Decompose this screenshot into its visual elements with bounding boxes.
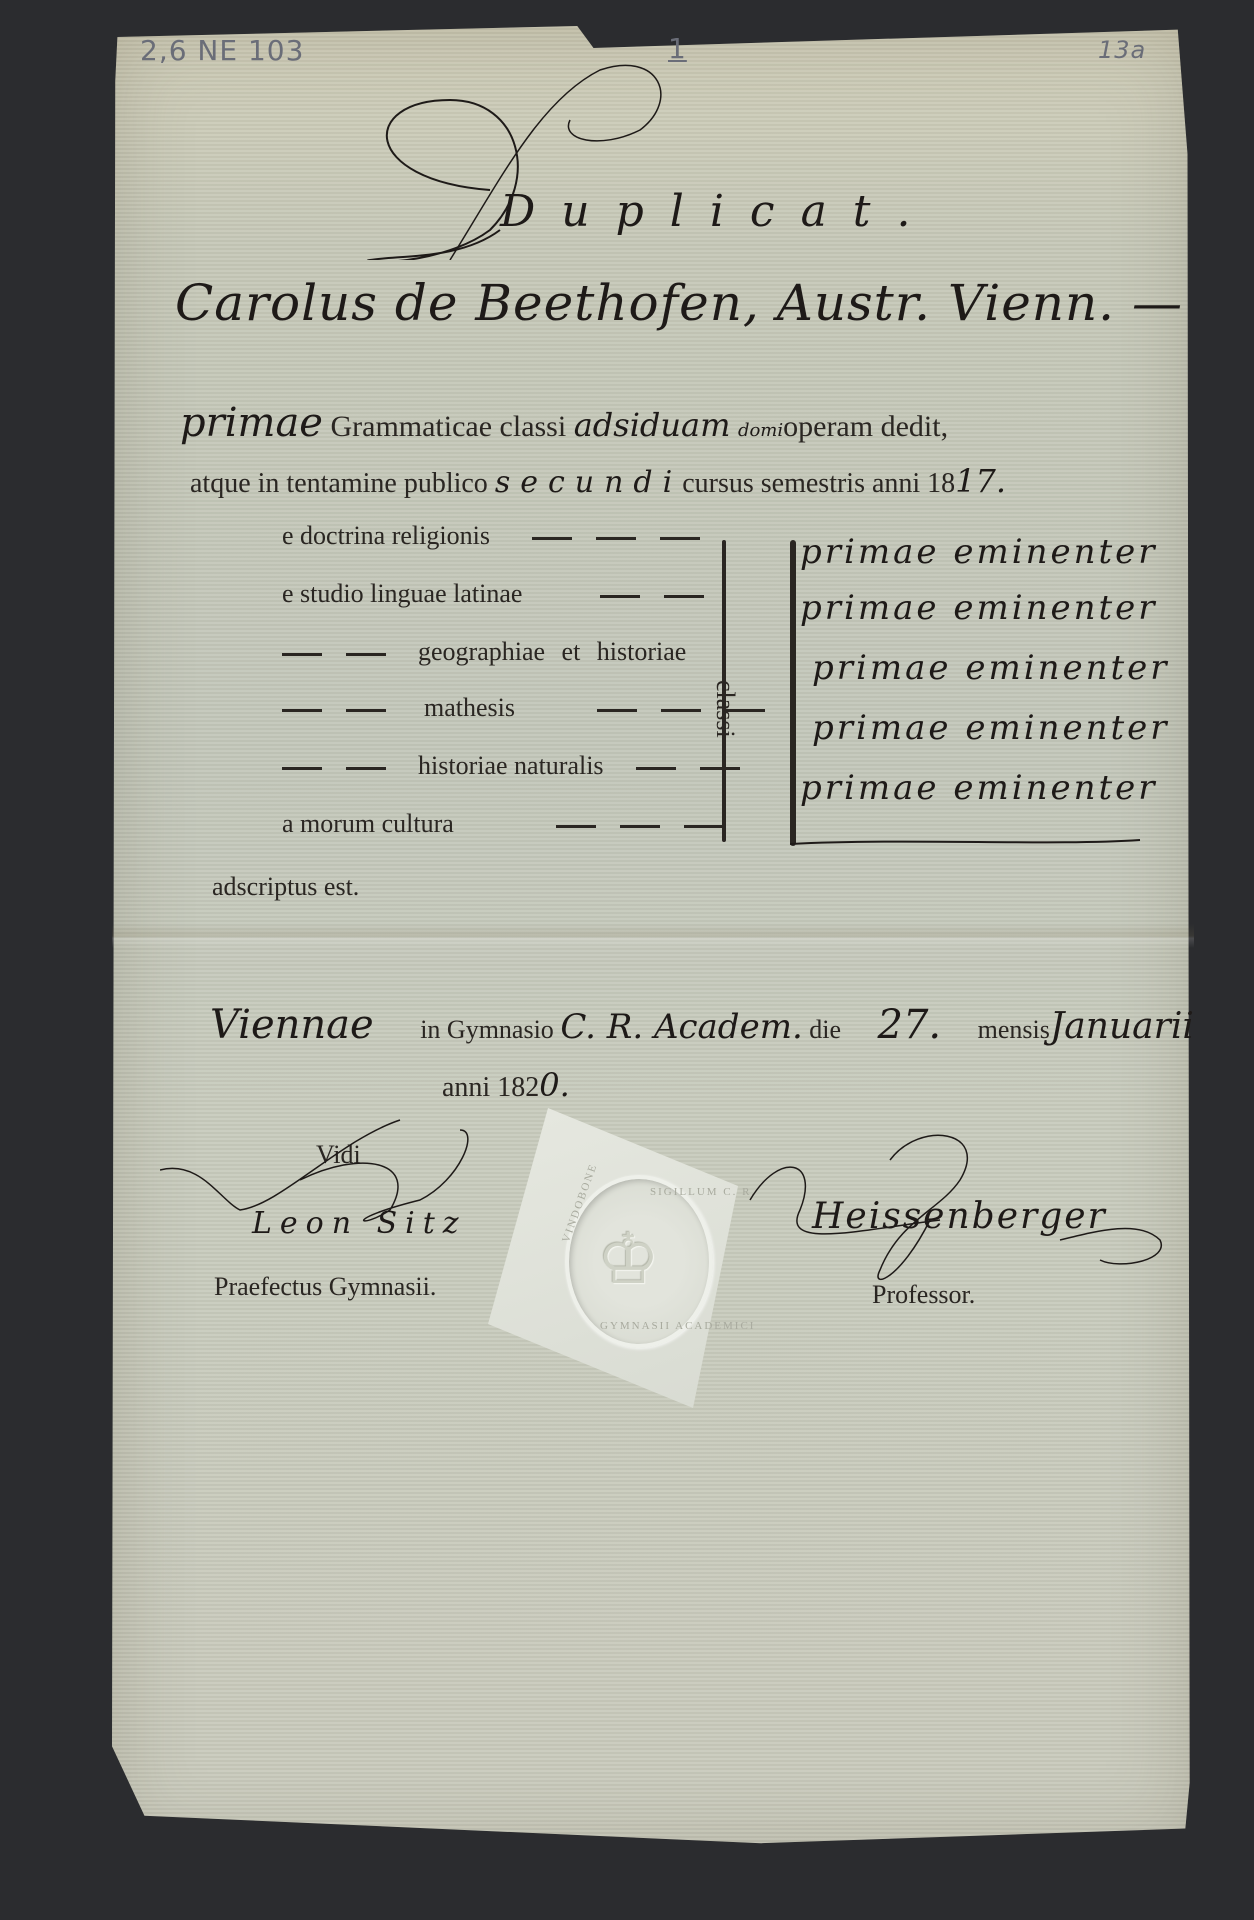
class-handwritten: primae [180,400,323,446]
year-handwritten: 17. [955,462,1006,500]
dash-leader [282,632,398,672]
mensis-printed: mensis [978,1015,1050,1044]
right-brace [790,540,796,846]
archive-folio-mark: 13a [1098,36,1146,64]
exam-printed-a: atque in tentamine publico [190,468,488,499]
heading-duplicat: Duplicat. [500,186,936,237]
subject-row-natural-history: historiae naturalis [282,746,752,786]
die-printed: die [809,1015,841,1044]
exam-line: atque in tentamine publico secundicursus… [190,462,1006,500]
subject-row-geography: geographiae et historiae [282,632,686,672]
subject-label: geographiae et historiae [418,632,686,672]
domi-handwritten: domi [738,420,783,441]
year-digit-handwritten: 0. [539,1066,570,1104]
subject-row-religion: e doctrina religionis [282,516,712,556]
double-eagle-icon: ♔ [597,1218,660,1301]
dash-leader [624,746,752,786]
grade-geography: primae eminenter [812,648,1170,688]
student-name-line: Carolus de Beethofen, Austr. Vienn. — [175,274,1183,332]
paper-fold [112,924,1194,948]
subject-label: mathesis [424,688,515,728]
seal-inscription-bottom: GYMNASII ACADEMICI [600,1320,755,1332]
month-handwritten: Januarii [1050,1006,1194,1047]
subject-row-latin: e studio linguae latinae [282,574,716,614]
gymnasium-printed: in Gymnasio [420,1015,554,1044]
grade-natural-history: primae eminenter [800,768,1158,808]
grade-underline [790,836,1150,850]
subject-row-mathesis: mathesis [282,688,777,728]
professor-title: Professor. [872,1280,975,1310]
grade-religion: primae eminenter [800,532,1158,572]
exam-printed-b: cursus semestris anni 18 [682,468,955,499]
heading-text: Duplicat. [500,186,936,237]
brace-label-classi: classi [710,680,740,738]
dash-leader [520,516,712,556]
dash-leader [588,574,716,614]
closing-text: adscriptus est. [212,872,359,902]
subject-label: e doctrina religionis [282,516,490,556]
attendance-printed-b: operam dedit, [783,410,948,443]
school-handwritten: C. R. Academ. [560,1007,802,1047]
archive-shelfmark: 2,6 NE 103 [140,34,304,67]
dash-leader [282,688,398,728]
attendance-line: primae Grammaticae classi adsiduam domio… [180,400,948,446]
subject-label: a morum cultura [282,804,454,844]
dash-leader [282,746,398,786]
subject-label: historiae naturalis [418,746,604,786]
dash-leader [585,688,777,728]
day-handwritten: 27. [878,1002,942,1048]
year-printed: anni 182 [442,1072,539,1103]
semester-handwritten: secundi [495,465,682,500]
attendance-printed-a: Grammaticae classi [330,410,566,443]
grade-latin: primae eminenter [800,588,1158,628]
dash-leader [544,804,736,844]
subject-label: e studio linguae latinae [282,574,522,614]
city-handwritten: Viennae [210,1002,374,1048]
grade-mathesis: primae eminenter [812,708,1170,748]
year-line: anni 1820. [442,1066,570,1104]
subject-row-morals: a morum cultura [282,804,736,844]
diligence-handwritten: adsiduam [574,406,731,444]
date-line: Viennae in Gymnasio C. R. Academ. die 27… [210,1002,1194,1048]
professor-signature: Heissenberger [812,1196,1107,1237]
prefect-signature: Leon Sitz [252,1206,467,1241]
prefect-title: Praefectus Gymnasii. [214,1272,436,1302]
